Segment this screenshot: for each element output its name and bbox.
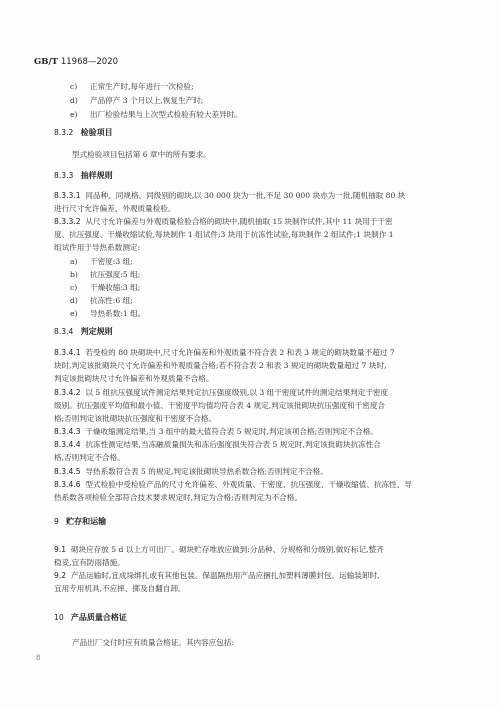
list-item: c)干燥收缩:3 组; [70,283,140,293]
header-prefix: GB/T [34,57,58,67]
clause: 8.3.4.1 若受检的 80 块砌块中,尺寸允许偏差和外观质量不符合表 2 和… [54,348,395,358]
list-item: e)导热系数:1 组。 [70,309,145,319]
clause-cont: 判定该批砌块尺寸允许偏差和外观质量不合格。 [54,374,213,384]
list-item: b)抗压强度:5 组; [70,270,140,280]
clause: 8.3.4.4 抗冻性测定结果,当冻融质量损失和冻后强度损失符合表 5 规定时,… [54,440,381,450]
paragraph: 产品出厂交付时应有质量合格证。其内容应包括: [72,638,234,648]
clause-cont: 块时,判定该批砌块尺寸允许偏差和外观质量合格;若不符合表 2 和表 3 规定的砌… [54,361,387,371]
clause: 8.3.3.1 同品种、同规格、同级别的砌块,以 30 000 块为一批,不足 … [54,191,405,201]
clause-cont: 热系数各项检验全部符合技术要求规定时,判定为合格;否则判定为不合格。 [54,493,302,503]
clause-cont: 宜用专用机具,不应摔、掷及自翻自卸。 [54,584,186,594]
list-item: e)出厂检验结果与上次型式检验有较大差异时。 [70,110,242,120]
chapter-heading: 9 贮存和运输 [54,517,106,527]
page-number: 8 [36,654,40,662]
clause-cont: 格,否则判定不合格。 [54,453,125,463]
clause-cont: 度、抗压强度、干燥收缩试验,每块制作 1 组试件;3 块用于抗冻性试验,每块制作… [54,230,394,240]
section-heading: 8.3.2 检验项目 [54,128,113,138]
list-item: d)产品停产 3 个月以上,恢复生产时; [70,96,203,106]
clause: 8.3.4.3 干燥收缩测定结果,当 3 组中的最大值符合表 5 规定时,判定该… [54,427,378,437]
standard-header: GB/T 11968—2020 [34,57,118,67]
list-item: d)抗冻性:6 组; [70,296,133,306]
clause: 8.3.4.2 以 5 组抗压强度试件测定结果判定抗压强度级别,以 3 组干密度… [54,388,388,398]
clause: 8.3.4.5 导热系数符合表 5 的规定,判定该批砌块导热系数合格;否则判定不… [54,467,328,477]
clause-cont: 级别。抗压强度平均值和最小值、干密度平均值均符合表 4 规定,判定该批砌块抗压强… [54,401,385,411]
chapter-heading: 10 产品质量合格证 [54,613,127,623]
clause-cont: 组试件用于导热系数测定: [54,243,140,253]
clause: 9.2 产品运输时,宜成垛绑扎或有其他包装。保温隔热用产品应捆扎加塑料薄膜封包。… [54,571,379,581]
section-heading: 8.3.4 判定规则 [54,327,113,337]
list-item: a)干密度:3 组; [70,257,133,267]
clause: 9.1 砌块应存放 5 d 以上方可出厂。砌块贮存堆放应做到:分品种、分规格和分… [54,545,384,555]
clause: 8.3.4.6 型式检验中受检验产品的尺寸允许偏差、外观质量、干密度、抗压强度、… [54,480,412,490]
paragraph: 型式检验项目包括第 6 章中的所有要求。 [72,150,211,160]
header-number: 11968—2020 [61,57,118,67]
document-page: GB/T 11968—2020 c)正常生产时,每年进行一次检验; d)产品停产… [0,0,500,707]
clause-cont: 格;否则判定该批砌块抗压强度和干密度不合格。 [54,414,216,424]
clause-cont: 进行尺寸允许偏差、外观质量检验。 [54,204,176,214]
section-heading: 8.3.3 抽样规则 [54,171,113,181]
clause-cont: 稳妥,宜有防雨措施。 [54,558,125,568]
list-item: c)正常生产时,每年进行一次检验; [70,82,194,92]
clause: 8.3.3.2 从尺寸允许偏差与外观质量检验合格的砌块中,随机抽取 15 块制作… [54,217,393,227]
